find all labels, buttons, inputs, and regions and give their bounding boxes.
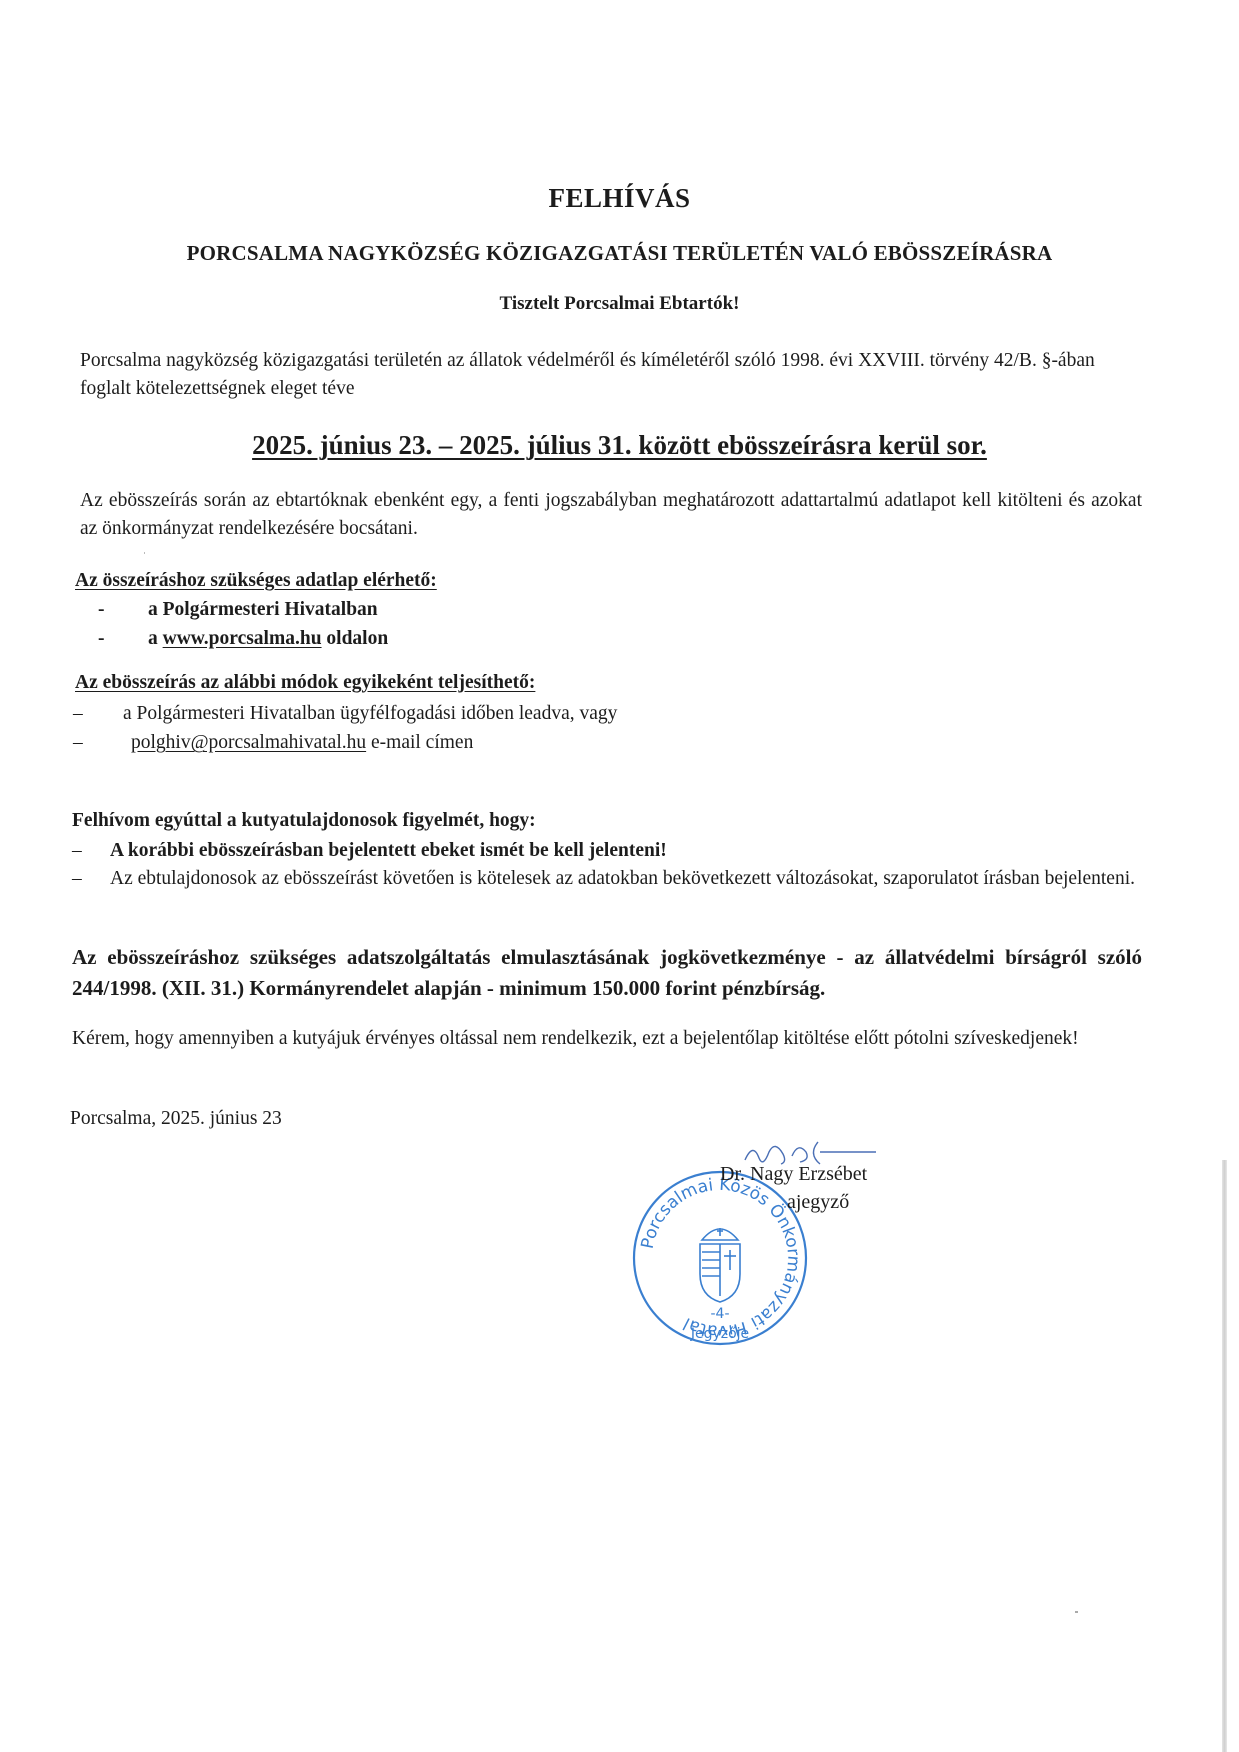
- list-item: – Az ebtulajdonosok az ebösszeírást köve…: [72, 865, 1142, 893]
- notice-heading: Felhívom egyúttal a kutyatulajdonosok fi…: [72, 810, 536, 832]
- vaccination-request: Kérem, hogy amennyiben a kutyájuk érvény…: [72, 1025, 1142, 1053]
- list-item: -a Polgármesteri Hivatalban: [98, 595, 388, 624]
- form-availability-heading: Az összeíráshoz szükséges adatlap elérhe…: [75, 570, 437, 592]
- scan-speck: [1075, 1611, 1078, 1613]
- list-item-text: Az ebtulajdonosok az ebösszeírást követő…: [110, 865, 1135, 893]
- list-item-suffix: oldalon: [322, 628, 389, 649]
- headline-text: 2025. június 23. – 2025. július 31. közö…: [252, 430, 987, 460]
- official-stamp-icon: Porcsalmai Közös Önkormányzati Hivatal -…: [630, 1168, 810, 1348]
- submission-methods-list: –a Polgármesteri Hivatalban ügyfélfogadá…: [73, 699, 617, 757]
- list-dash: –: [73, 699, 123, 728]
- list-dash: –: [72, 865, 110, 893]
- list-dash: -: [98, 595, 148, 624]
- stamp-bottom-text: Jegyzője: [690, 1326, 749, 1342]
- signatory-name: Dr. Nagy Erzsébet: [720, 1163, 867, 1186]
- dateline: Porcsalma, 2025. június 23: [70, 1108, 282, 1130]
- document-title: FELHÍVÁS: [0, 183, 1239, 214]
- intro-paragraph: Porcsalma nagyközség közigazgatási terül…: [80, 347, 1142, 403]
- list-item-suffix: e-mail címen: [366, 732, 473, 753]
- website-link[interactable]: www.porcsalma.hu: [163, 628, 322, 649]
- submission-methods-heading: Az ebösszeírás az alábbi módok egyikekén…: [75, 672, 535, 694]
- list-item: -a www.porcsalma.hu oldalon: [98, 624, 388, 653]
- document-subtitle: PORCSALMA NAGYKÖZSÉG KÖZIGAZGATÁSI TERÜL…: [0, 241, 1239, 266]
- instructions-paragraph: Az ebösszeírás során az ebtartóknak eben…: [80, 487, 1142, 543]
- list-item: – A korábbi ebösszeírásban bejelentett e…: [72, 837, 1142, 865]
- scan-edge-artifact: [1222, 1160, 1227, 1752]
- list-item-text: a Polgármesteri Hivatalban ügyfélfogadás…: [123, 703, 617, 724]
- list-item-text: A korábbi ebösszeírásban bejelentett ebe…: [110, 837, 667, 865]
- list-dash: –: [73, 728, 131, 757]
- document-page: FELHÍVÁS PORCSALMA NAGYKÖZSÉG KÖZIGAZGAT…: [0, 0, 1239, 1752]
- form-availability-list: -a Polgármesteri Hivatalban -a www.porcs…: [98, 595, 388, 653]
- penalty-notice: Az ebösszeíráshoz szükséges adatszolgált…: [72, 942, 1142, 1004]
- stamp-number: -4-: [710, 1306, 729, 1322]
- greeting: Tisztelt Porcsalmai Ebtartók!: [0, 293, 1239, 315]
- headline-dates: 2025. június 23. – 2025. július 31. közö…: [0, 430, 1239, 461]
- signatory-role: ajegyző: [787, 1191, 849, 1214]
- list-item: –polghiv@porcsalmahivatal.hu e-mail címe…: [73, 728, 617, 757]
- list-dash: -: [98, 624, 148, 653]
- list-item-text: a Polgármesteri Hivatalban: [148, 599, 378, 620]
- scan-speck: [144, 552, 145, 554]
- email-link[interactable]: polghiv@porcsalmahivatal.hu: [131, 732, 366, 753]
- list-item-prefix: a: [148, 628, 163, 649]
- list-dash: –: [72, 837, 110, 865]
- notice-list: – A korábbi ebösszeírásban bejelentett e…: [72, 837, 1142, 893]
- list-item: –a Polgármesteri Hivatalban ügyfélfogadá…: [73, 699, 617, 728]
